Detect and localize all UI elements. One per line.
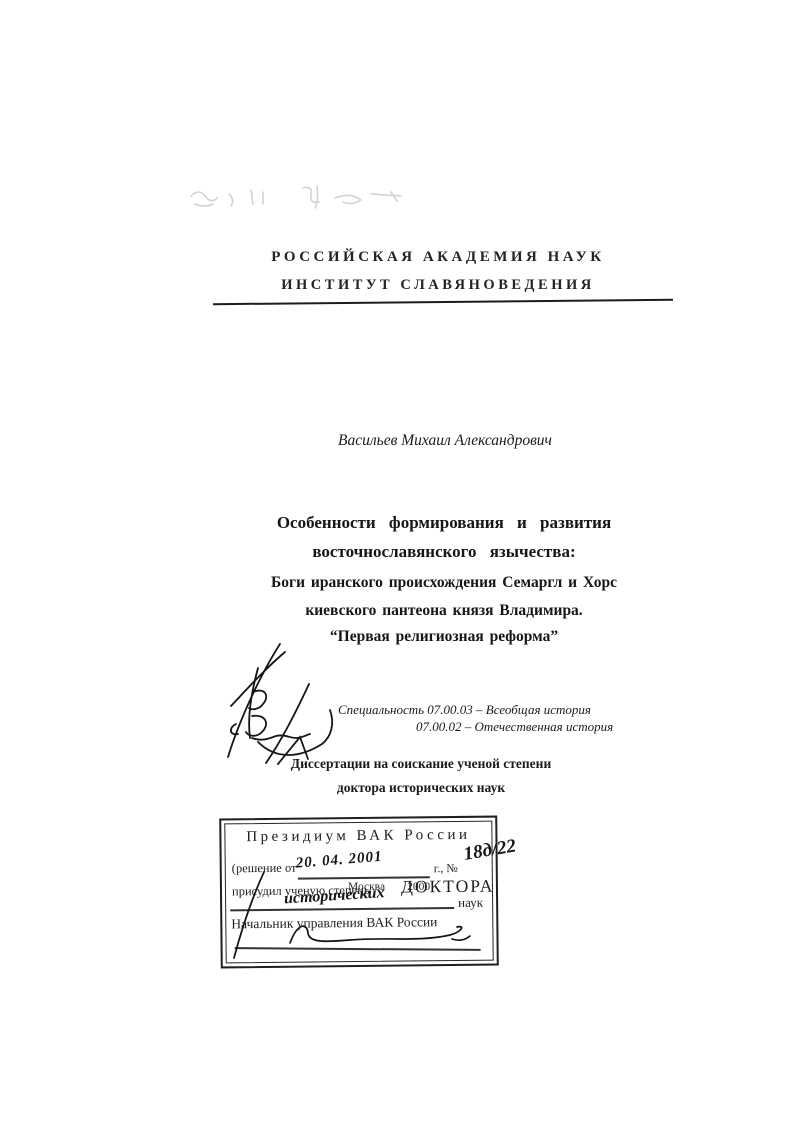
author-name: Васильев Михаил Александрович (245, 432, 645, 450)
specialty-line-2: 07.00.02 – Отечественная история (416, 719, 613, 735)
degree-line-2: доктора исторических наук (221, 780, 621, 796)
specialty-line-1: Специальность 07.00.03 – Всеобщая истори… (338, 702, 591, 718)
header-rule (213, 299, 673, 305)
institution-line-2: ИНСТИТУТ СЛАВЯНОВЕДЕНИЯ (238, 277, 638, 294)
author-signature (200, 630, 360, 770)
institution-line-1: РОССИЙСКАЯ АКАДЕМИЯ НАУК (238, 249, 638, 266)
stamp-signature (220, 810, 510, 970)
title-line-3: Боги иранского происхождения Семаргл и Х… (194, 574, 694, 592)
title-line-2: восточнославянского язычества: (194, 542, 694, 562)
title-line-1: Особенности формирования и развития (194, 513, 694, 533)
title-line-4: киевского пантеона князя Владимира. (194, 602, 694, 620)
degree-line-1: Диссертации на соискание ученой степени (221, 756, 621, 772)
scanned-title-page: РОССИЙСКАЯ АКАДЕМИЯ НАУК ИНСТИТУТ СЛАВЯН… (0, 0, 795, 1124)
pencil-marks (185, 182, 415, 216)
